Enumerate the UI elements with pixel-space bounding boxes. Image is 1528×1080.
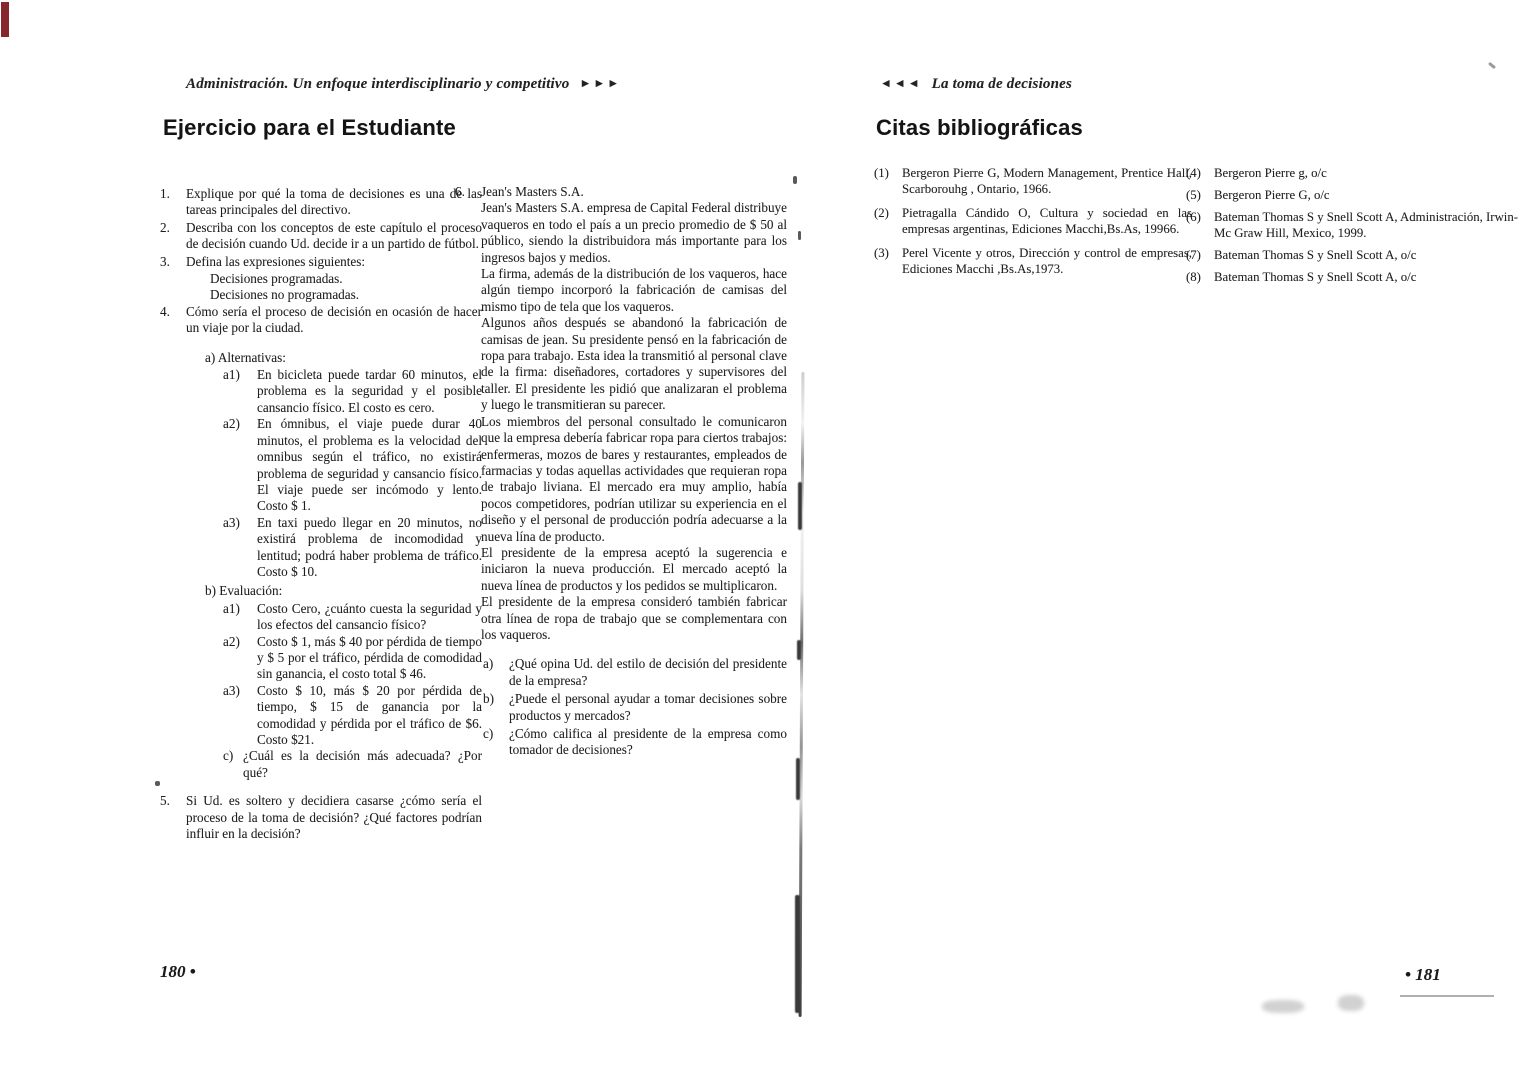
citation-number: (8) bbox=[1186, 269, 1214, 285]
citations-column-1: (1) Bergeron Pierre G, Modern Management… bbox=[874, 165, 1192, 285]
item-text: Defina las expresiones siguientes: bbox=[186, 254, 482, 270]
right-page: ◄◄◄La toma de decisiones Citas bibliográ… bbox=[860, 40, 1528, 1030]
item-number: a1) bbox=[223, 601, 257, 634]
item-text: Costo Cero, ¿cuánto cuesta la seguridad … bbox=[257, 601, 482, 634]
scanned-book-spread: Administración. Un enfoque interdiscipli… bbox=[0, 0, 1528, 1080]
citation-number: (3) bbox=[874, 245, 902, 277]
gutter-smudge bbox=[798, 482, 802, 530]
scan-corner-mark bbox=[1, 2, 9, 37]
alternatives-label: a) Alternativas: bbox=[205, 350, 482, 366]
item-text: ¿Cuál es la decisión más adecuada? ¿Por … bbox=[243, 748, 482, 781]
citation-item: (8) Bateman Thomas S y Snell Scott A, o/… bbox=[1186, 269, 1522, 285]
citation-item: (4) Bergeron Pierre g, o/c bbox=[1186, 165, 1522, 181]
case-paragraph: Jean's Masters S.A. empresa de Capital F… bbox=[481, 200, 787, 266]
list-item: 2. Describa con los conceptos de este ca… bbox=[160, 220, 482, 253]
item-number: b) bbox=[483, 691, 509, 724]
forward-arrows-icon: ►►► bbox=[579, 76, 621, 90]
citation-item: (1) Bergeron Pierre G, Modern Management… bbox=[874, 165, 1192, 197]
scan-speck bbox=[798, 231, 801, 240]
left-running-head: Administración. Un enfoque interdiscipli… bbox=[186, 76, 621, 93]
case-paragraph: Los miembros del personal consultado le … bbox=[481, 414, 787, 545]
item-number: 3. bbox=[160, 254, 186, 270]
sub-list-item: a2) Costo $ 1, más $ 40 por pérdida de t… bbox=[223, 634, 482, 683]
item-number: a1) bbox=[223, 367, 257, 416]
citation-text: Bateman Thomas S y Snell Scott A, o/c bbox=[1214, 247, 1522, 263]
case-paragraph: La firma, además de la distribución de l… bbox=[481, 266, 787, 315]
question-item: c) ¿Cómo califica al presidente de la em… bbox=[483, 726, 787, 759]
list-item: 4. Cómo sería el proceso de decisión en … bbox=[160, 304, 482, 337]
item-text: ¿Cómo califica al presidente de la empre… bbox=[509, 726, 787, 759]
case-title: Jean's Masters S.A. bbox=[481, 184, 787, 200]
sub-list-item: a3) Costo $ 10, más $ 20 por pérdida de … bbox=[223, 683, 482, 749]
sub-list-item: a2) En ómnibus, el viaje puede durar 40 … bbox=[223, 416, 482, 514]
gutter-smudge bbox=[795, 895, 800, 1013]
item-text: En ómnibus, el viaje puede durar 40 minu… bbox=[257, 416, 482, 514]
item-number: 4. bbox=[160, 304, 186, 337]
right-page-title: Citas bibliográficas bbox=[876, 115, 1083, 141]
exercise-column-2: 6. Jean's Masters S.A. Jean's Masters S.… bbox=[455, 184, 787, 761]
item-text: Si Ud. es soltero y decidiera casarse ¿c… bbox=[186, 793, 482, 842]
list-item: 1. Explique por qué la toma de decisione… bbox=[160, 186, 482, 219]
case-paragraph: Algunos años después se abandonó la fabr… bbox=[481, 315, 787, 413]
case-paragraph: El presidente de la empresa consideró ta… bbox=[481, 594, 787, 643]
citation-item: (5) Bergeron Pierre G, o/c bbox=[1186, 187, 1522, 203]
item-number: a3) bbox=[223, 515, 257, 581]
citation-item: (6) Bateman Thomas S y Snell Scott A, Ad… bbox=[1186, 209, 1522, 241]
citation-number: (5) bbox=[1186, 187, 1214, 203]
item-number: 5. bbox=[160, 793, 186, 842]
citation-item: (2) Pietragalla Cándido O, Cultura y soc… bbox=[874, 205, 1192, 237]
gutter-smudge bbox=[796, 758, 800, 800]
item-text: Explique por qué la toma de decisiones e… bbox=[186, 186, 482, 219]
running-head-text: La toma de decisiones bbox=[932, 76, 1072, 92]
left-page-title: Ejercicio para el Estudiante bbox=[163, 115, 456, 141]
list-item: 5. Si Ud. es soltero y decidiera casarse… bbox=[160, 793, 482, 842]
item-number: a) bbox=[483, 656, 509, 689]
citation-text: Bergeron Pierre g, o/c bbox=[1214, 165, 1522, 181]
citation-text: Pietragalla Cándido O, Cultura y socieda… bbox=[902, 205, 1192, 237]
citation-item: (7) Bateman Thomas S y Snell Scott A, o/… bbox=[1186, 247, 1522, 263]
running-head-text: Administración. Un enfoque interdiscipli… bbox=[186, 76, 569, 92]
left-page-number: 180 • bbox=[160, 962, 196, 982]
sub-list-item: a1) Costo Cero, ¿cuánto cuesta la seguri… bbox=[223, 601, 482, 634]
citation-number: (7) bbox=[1186, 247, 1214, 263]
exercise-column-1: 1. Explique por qué la toma de decisione… bbox=[160, 186, 482, 843]
item-number: c) bbox=[223, 748, 243, 781]
citation-number: (4) bbox=[1186, 165, 1214, 181]
item-number: c) bbox=[483, 726, 509, 759]
item-number: 2. bbox=[160, 220, 186, 253]
citation-text: Bergeron Pierre G, Modern Management, Pr… bbox=[902, 165, 1192, 197]
right-page-number: • 181 bbox=[1405, 965, 1441, 985]
item-text: Describa con los conceptos de este capít… bbox=[186, 220, 482, 253]
item-text: Costo $ 1, más $ 40 por pérdida de tiemp… bbox=[257, 634, 482, 683]
citations-column-2: (4) Bergeron Pierre g, o/c (5) Bergeron … bbox=[1186, 165, 1522, 291]
item-text: ¿Qué opina Ud. del estilo de decisión de… bbox=[509, 656, 787, 689]
list-item: 3. Defina las expresiones siguientes: bbox=[160, 254, 482, 270]
question-item: b) ¿Puede el personal ayudar a tomar dec… bbox=[483, 691, 787, 724]
back-arrows-icon: ◄◄◄ bbox=[880, 76, 922, 90]
item-number: a2) bbox=[223, 416, 257, 514]
item-text: Costo $ 10, más $ 20 por pérdida de tiem… bbox=[257, 683, 482, 749]
citation-text: Perel Vicente y otros, Dirección y contr… bbox=[902, 245, 1192, 277]
citation-text: Bateman Thomas S y Snell Scott A, Admini… bbox=[1214, 209, 1522, 241]
sub-line: Decisiones no programadas. bbox=[210, 287, 482, 303]
citation-item: (3) Perel Vicente y otros, Dirección y c… bbox=[874, 245, 1192, 277]
item-text: En taxi puedo llegar en 20 minutos, no e… bbox=[257, 515, 482, 581]
question-item: a) ¿Qué opina Ud. del estilo de decisión… bbox=[483, 656, 787, 689]
gutter-smudge bbox=[797, 640, 801, 660]
item-number: a2) bbox=[223, 634, 257, 683]
item-text: En bicicleta puede tardar 60 minutos, el… bbox=[257, 367, 482, 416]
page-number-rule bbox=[1400, 995, 1494, 997]
citation-text: Bergeron Pierre G, o/c bbox=[1214, 187, 1522, 203]
case-paragraph: El presidente de la empresa aceptó la su… bbox=[481, 545, 787, 594]
item-number: 1. bbox=[160, 186, 186, 219]
evaluation-label: b) Evaluación: bbox=[205, 583, 482, 599]
case-study-item: 6. Jean's Masters S.A. Jean's Masters S.… bbox=[455, 184, 787, 643]
citation-text: Bateman Thomas S y Snell Scott A, o/c bbox=[1214, 269, 1522, 285]
left-page: Administración. Un enfoque interdiscipli… bbox=[100, 40, 790, 1030]
evaluation-question: c) ¿Cuál es la decisión más adecuada? ¿P… bbox=[223, 748, 482, 781]
citation-number: (6) bbox=[1186, 209, 1214, 241]
citation-number: (2) bbox=[874, 205, 902, 237]
item-number: 6. bbox=[455, 184, 481, 643]
right-running-head: ◄◄◄La toma de decisiones bbox=[880, 76, 1072, 93]
case-questions: a) ¿Qué opina Ud. del estilo de decisión… bbox=[483, 656, 787, 758]
item-text: Cómo sería el proceso de decisión en oca… bbox=[186, 304, 482, 337]
item-text: ¿Puede el personal ayudar a tomar decisi… bbox=[509, 691, 787, 724]
sub-list-item: a3) En taxi puedo llegar en 20 minutos, … bbox=[223, 515, 482, 581]
scan-speck bbox=[793, 176, 797, 184]
citation-number: (1) bbox=[874, 165, 902, 197]
item-number: a3) bbox=[223, 683, 257, 749]
sub-list-item: a1) En bicicleta puede tardar 60 minutos… bbox=[223, 367, 482, 416]
sub-line: Decisiones programadas. bbox=[210, 271, 482, 287]
